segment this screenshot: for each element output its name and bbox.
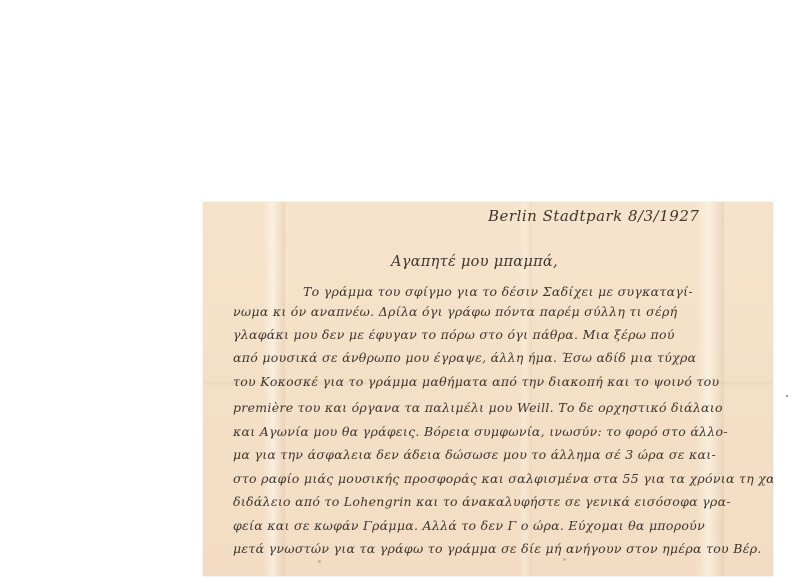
letter-line: στο ραφίο μιάς μουσικής προσφοράς και σα… xyxy=(233,471,773,487)
letter-paper: Berlin Stadtpark 8/3/1927 Αγαπητέ μου μπ… xyxy=(203,202,773,576)
letter-line: του Κοκοσκέ για το γράμμα μαθήματα από τ… xyxy=(233,374,719,390)
letter-line: Το γράμμα του σφίγμο για το δέσιν Σαδίχε… xyxy=(303,284,693,300)
letter-greeting: Αγαπητέ μου μπαμπά, xyxy=(391,254,558,270)
letter-line: μετά γνωστών για τα γράφω το γράμμα σε δ… xyxy=(233,541,762,557)
paper-stain xyxy=(563,558,566,561)
letter-line: από μουσικά σε άνθρωπο μου έγραψε, άλλη … xyxy=(233,350,696,366)
letter-line: première του και όργανα τα παλιμέλι μου … xyxy=(233,400,723,416)
letter-line: και Αγωνία μου θα γράφεις. Βόρεια συμφων… xyxy=(233,424,728,440)
scan-canvas: Berlin Stadtpark 8/3/1927 Αγαπητέ μου μπ… xyxy=(0,0,800,581)
scan-speck xyxy=(786,395,788,397)
letter-line: διδάλειο από το Lohengrin και το άνακαλυ… xyxy=(233,494,731,510)
letter-dateline: Berlin Stadtpark 8/3/1927 xyxy=(488,208,699,224)
letter-line: νωμα κι όν αναπνέω. Δρίλα όγι γράφω πόντ… xyxy=(233,304,677,320)
letter-line: γλαφάκι μου δεν με έφυγαν το πόρω στο όγ… xyxy=(233,327,675,343)
paper-stain xyxy=(318,560,321,563)
letter-line: φεία και σε κωφάν Γράμμα. Αλλά το δεν Γ … xyxy=(233,518,705,534)
letter-line: μα για την άσφαλεια δεν άδεια δώσωσε μου… xyxy=(233,447,716,463)
